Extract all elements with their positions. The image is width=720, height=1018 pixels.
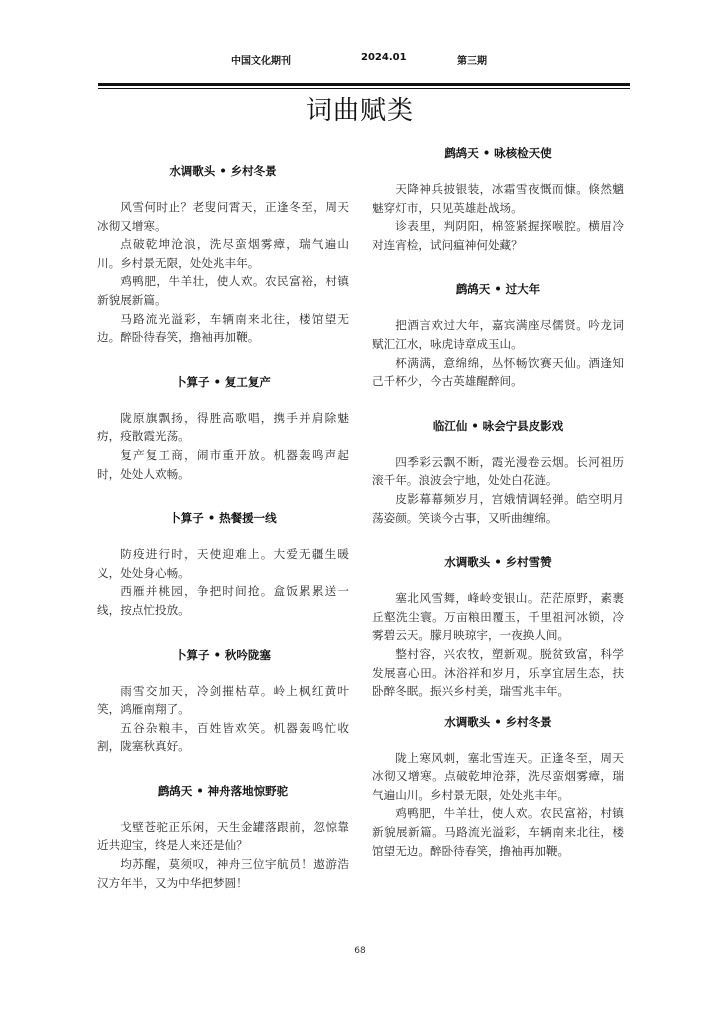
issue-date: 2024.01 (361, 52, 407, 63)
running-header: 中国文化期刊 2024.01 第三期 (0, 52, 720, 68)
poem-paragraph: 戈壁苍驼正乐闲，天生金罐落跟前，忽惊靠近共迎宝，终是人来还是仙？ (97, 818, 349, 855)
poem-title: 卜算子 • 秋吟陇塞 (97, 646, 349, 664)
poem-paragraph: 杯满满，意绵绵，丛怀畅饮赛天仙。酒逢知己千杯少，今古英雄醒醉间。 (372, 354, 624, 391)
page-title: 词曲赋类 (0, 90, 720, 127)
poem-paragraph: 皮影幕幕频岁月，宫娥情调轻弹。皓空明月荡姿颜。笑谈今古事，又听曲缠绵。 (372, 490, 624, 527)
poem-paragraph: 雨雪交加天，冷剑摧枯草。岭上枫红黄叶笑，鸿雁南翔了。 (97, 682, 349, 719)
poem-title: 卜算子 • 热餐援一线 (97, 509, 349, 527)
issue-number: 第三期 (457, 52, 487, 67)
header-rule-thick (98, 83, 630, 86)
poem: 鹧鸪天 • 咏核检天使 天降神兵披银装，冰霜雪夜慨而慷。倏然魑魅穿灯市，只见英雄… (372, 144, 624, 254)
poem-paragraph: 西雁并桃园，争把时间抢。盒饭累累送一线，按点忙投放。 (97, 582, 349, 619)
poem: 卜算子 • 复工复产 陇原旗飘扬，得胜高歌唱，携手并肩除魅疠，疫散霞光荡。 复产… (97, 373, 349, 483)
poem-paragraph: 均苏醒，莫须叹，神舟三位宇航员！遨游浩汉方年半，又为中华把梦圆！ (97, 855, 349, 892)
poem-title: 鹧鸪天 • 咏核检天使 (372, 144, 624, 162)
right-column: 鹧鸪天 • 咏核检天使 天降神兵披银装，冰霜雪夜慨而慷。倏然魑魅穿灯市，只见英雄… (372, 144, 624, 886)
poem-paragraph: 整村容，兴农牧，塑新观。脱贫致富，科学发展喜心田。沐浴祥和岁月，乐享宜居生态，扶… (372, 645, 624, 701)
poem: 水调歌头 • 乡村冬景 风雪何时止？老叟问霄天，正逢冬至，周天冰彻又增寒。 点破… (97, 162, 349, 347)
poem-paragraph: 风雪何时止？老叟问霄天，正逢冬至，周天冰彻又增寒。 (97, 198, 349, 235)
poem-title: 鹧鸪天 • 神舟落地惊野驼 (97, 782, 349, 800)
poem: 鹧鸪天 • 神舟落地惊野驼 戈壁苍驼正乐闲，天生金罐落跟前，忽惊靠近共迎宝，终是… (97, 782, 349, 892)
poem-paragraph: 天降神兵披银装，冰霜雪夜慨而慷。倏然魑魅穿灯市，只见英雄赴战场。 (372, 180, 624, 217)
poem-paragraph: 鸡鸭肥，牛羊壮，使人欢。农民富裕，村镇新貌展新篇。 (97, 272, 349, 309)
poem: 卜算子 • 秋吟陇塞 雨雪交加天，冷剑摧枯草。岭上枫红黄叶笑，鸿雁南翔了。 五谷… (97, 646, 349, 756)
left-column: 水调歌头 • 乡村冬景 风雪何时止？老叟问霄天，正逢冬至，周天冰彻又增寒。 点破… (97, 162, 349, 918)
poem-title: 水调歌头 • 乡村冬景 (372, 713, 624, 731)
page-number: 68 (0, 946, 720, 956)
poem-paragraph: 诊表里，判阴阳，棉签紧握探喉腔。横眉冷对连宵检，试问瘟神何处藏？ (372, 217, 624, 254)
poem-paragraph: 塞北风雪舞，峰岭变银山。茫茫原野，素裹丘壑洗尘寰。万亩粮田覆玉，千里祖河冰锁，冷… (372, 589, 624, 645)
poem-title: 临江仙 • 咏会宁县皮影戏 (372, 417, 624, 435)
poem-paragraph: 复产复工商，闹市重开放。机器轰鸣声起时，处处人欢畅。 (97, 446, 349, 483)
poem-paragraph: 四季彩云飘不断，霞光漫卷云烟。长河祖历滚千年。浪波会宁地，处处白花涟。 (372, 453, 624, 490)
poem-paragraph: 马路流光溢彩，车辆南来北往，楼馆望无边。醉卧待春笑，撸袖再加鞭。 (97, 310, 349, 347)
poem: 临江仙 • 咏会宁县皮影戏 四季彩云飘不断，霞光漫卷云烟。长河祖历滚千年。浪波会… (372, 417, 624, 527)
poem-paragraph: 陇原旗飘扬，得胜高歌唱，携手并肩除魅疠，疫散霞光荡。 (97, 409, 349, 446)
poem-paragraph: 把酒言欢过大年，嘉宾满座尽儒贤。吟龙词赋汇江水，咏虎诗章成玉山。 (372, 316, 624, 353)
poem: 水调歌头 • 乡村雪赞 塞北风雪舞，峰岭变银山。茫茫原野，素裹丘壑洗尘寰。万亩粮… (372, 553, 624, 701)
poem: 鹧鸪天 • 过大年 把酒言欢过大年，嘉宾满座尽儒贤。吟龙词赋汇江水，咏虎诗章成玉… (372, 280, 624, 390)
poem-title: 水调歌头 • 乡村雪赞 (372, 553, 624, 571)
poem-paragraph: 防疫进行时，天使迎难上。大爱无疆生暖义，处处身心畅。 (97, 545, 349, 582)
header-rule-thin (98, 88, 630, 89)
poem-paragraph: 五谷杂粮丰，百姓皆欢笑。机器轰鸣忙收割，陇塞秋真好。 (97, 719, 349, 756)
poem: 卜算子 • 热餐援一线 防疫进行时，天使迎难上。大爱无疆生暖义，处处身心畅。 西… (97, 509, 349, 619)
poem-title: 卜算子 • 复工复产 (97, 373, 349, 391)
journal-name: 中国文化期刊 (231, 52, 291, 67)
poem-title: 水调歌头 • 乡村冬景 (97, 162, 349, 180)
poem: 水调歌头 • 乡村冬景 陇上寒风刺，塞北雪连天。正逢冬至，周天冰彻又增寒。点破乾… (372, 713, 624, 861)
poem-title: 鹧鸪天 • 过大年 (372, 280, 624, 298)
poem-paragraph: 陇上寒风刺，塞北雪连天。正逢冬至，周天冰彻又增寒。点破乾坤沧莽，洗尽蛮烟雾瘴，瑞… (372, 749, 624, 805)
poem-paragraph: 点破乾坤沧浪，洗尽蛮烟雾瘴，瑞气遍山川。乡村景无限，处处兆丰年。 (97, 235, 349, 272)
poem-paragraph: 鸡鸭肥，牛羊壮，使人欢。农民富裕，村镇新貌展新篇。马路流光溢彩，车辆南来北往，楼… (372, 804, 624, 860)
